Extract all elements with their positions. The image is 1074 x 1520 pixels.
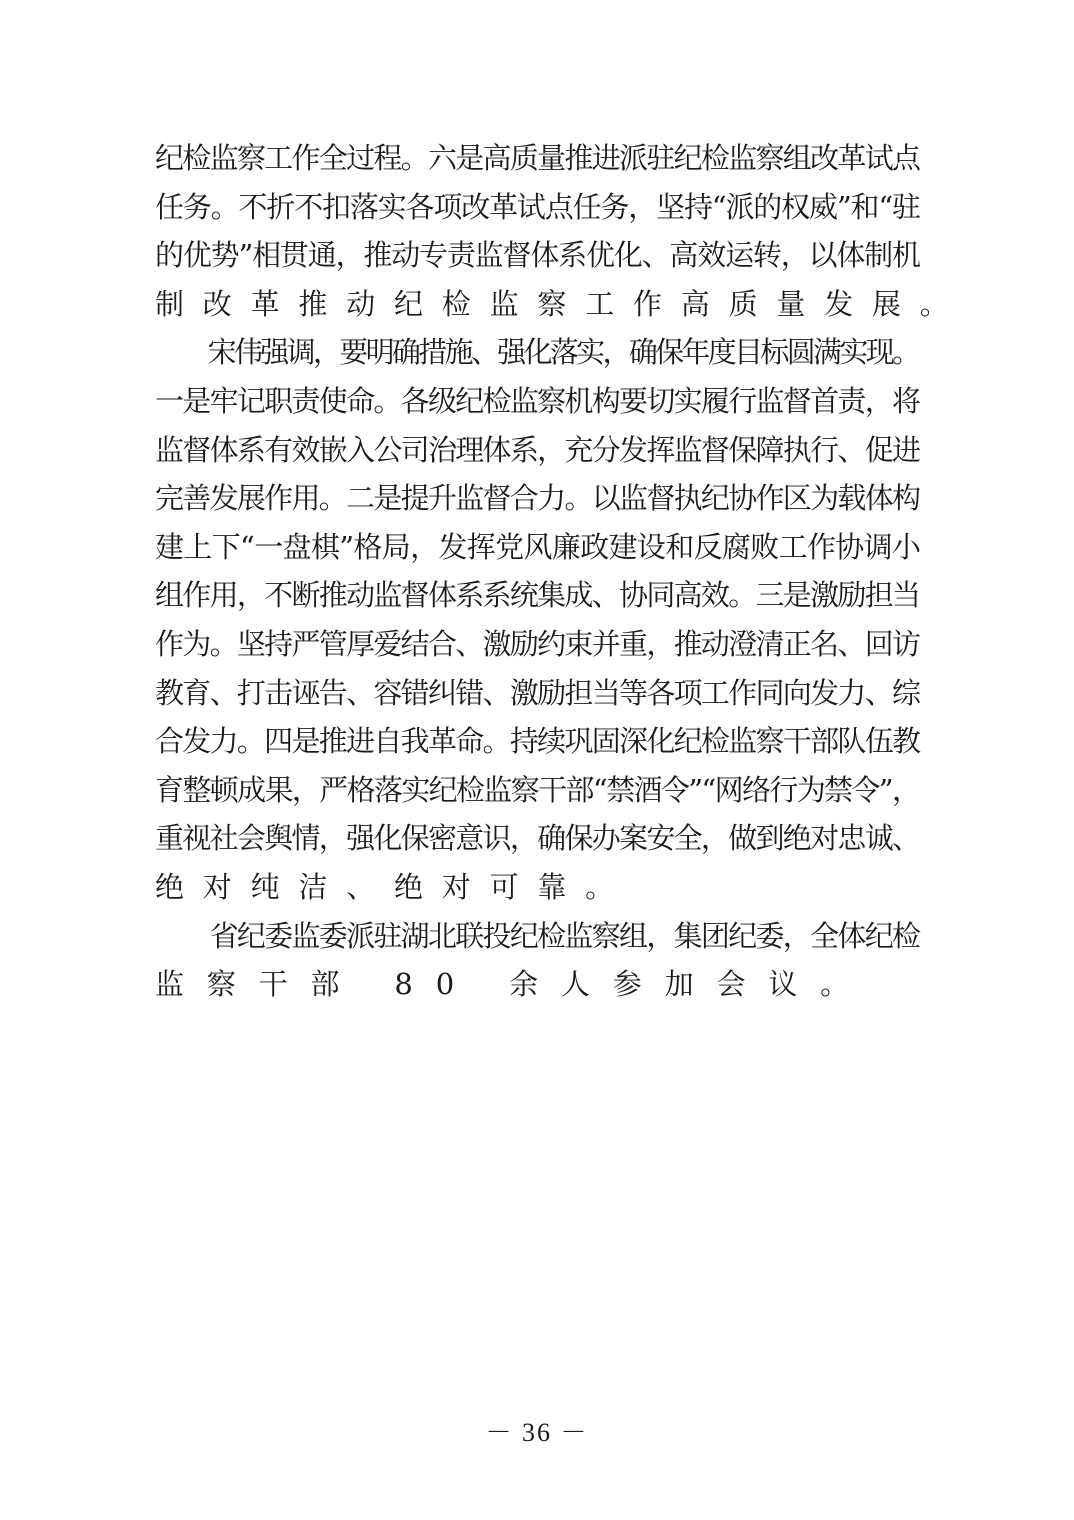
line-text: 一是牢记职责使命。各级纪检监察机构要切实履行监督首责，将	[155, 377, 919, 426]
text-line: 作为。坚持严管厚爱结合、激励约束并重，推动澄清正名、回访	[155, 620, 925, 669]
line-text: 完善发展作用。二是提升监督合力。以监督执纪协作区为载体构	[155, 474, 919, 523]
line-text: 作为。坚持严管厚爱结合、激励约束并重，推动澄清正名、回访	[155, 620, 919, 669]
text-line: 组作用，不断推动监督体系系统集成、协同高效。三是激励担当	[155, 571, 925, 620]
line-text: 任务。不折不扣落实各项改革试点任务，坚持“派的权威”和“驻	[155, 183, 920, 232]
page-number: － 36 －	[0, 1412, 1074, 1449]
line-text: 教育、打击诬告、容错纠错、激励担当等各项工作同向发力、综	[155, 669, 919, 718]
text-line: 纪检监察工作全过程。六是高质量推进派驻纪检监察组改革试点	[155, 134, 925, 183]
line-text: 纪检监察工作全过程。六是高质量推进派驻纪检监察组改革试点	[155, 134, 919, 183]
text-line: 教育、打击诬告、容错纠错、激励担当等各项工作同向发力、综	[155, 669, 925, 718]
line-text: 监督体系有效嵌入公司治理体系，充分发挥监督保障执行、促进	[155, 426, 919, 475]
text-line: 合发力。四是推进自我革命。持续巩固深化纪检监察干部队伍教	[155, 717, 925, 766]
text-line: 制改革推动纪检监察工作高质量发展。	[155, 280, 925, 329]
line-text: 制改革推动纪检监察工作高质量发展。	[155, 280, 968, 329]
line-text: 建上下“一盘棋”格局，发挥党风廉政建设和反腐败工作协调小	[155, 523, 920, 572]
line-text: 绝对纯洁、绝对可靠。	[155, 863, 633, 912]
line-text: 育整顿成果，严格落实纪检监察干部“禁酒令”“网络行为禁令”，	[155, 766, 919, 815]
text-line: 一是牢记职责使命。各级纪检监察机构要切实履行监督首责，将	[155, 377, 925, 426]
text-line: 建上下“一盘棋”格局，发挥党风廉政建设和反腐败工作协调小	[155, 523, 925, 572]
text-line: 育整顿成果，严格落实纪检监察干部“禁酒令”“网络行为禁令”，	[155, 766, 925, 815]
line-text: 省纪委监委派驻湖北联投纪检监察组，集团纪委，全体纪检	[155, 912, 919, 961]
line-text: 重视社会舆情，强化保密意识，确保办案安全，做到绝对忠诚、	[155, 814, 919, 863]
text-line: 宋伟强调，要明确措施、强化落实，确保年度目标圆满实现。	[155, 328, 925, 377]
text-line: 完善发展作用。二是提升监督合力。以监督执纪协作区为载体构	[155, 474, 925, 523]
text-line: 监督体系有效嵌入公司治理体系，充分发挥监督保障执行、促进	[155, 426, 925, 475]
line-text: 监察干部 80 余人参加会议。	[155, 960, 872, 1009]
line-text: 的优势”相贯通，推动专责监督体系优化、高效运转，以体制机	[155, 231, 920, 280]
text-line: 任务。不折不扣落实各项改革试点任务，坚持“派的权威”和“驻	[155, 183, 925, 232]
line-text: 宋伟强调，要明确措施、强化落实，确保年度目标圆满实现。	[155, 328, 918, 377]
text-line: 绝对纯洁、绝对可靠。	[155, 863, 925, 912]
line-text: 合发力。四是推进自我革命。持续巩固深化纪检监察干部队伍教	[155, 717, 919, 766]
text-line: 重视社会舆情，强化保密意识，确保办案安全，做到绝对忠诚、	[155, 814, 925, 863]
line-text: 组作用，不断推动监督体系系统集成、协同高效。三是激励担当	[155, 571, 919, 620]
text-line: 的优势”相贯通，推动专责监督体系优化、高效运转，以体制机	[155, 231, 925, 280]
text-line: 监察干部 80 余人参加会议。	[155, 960, 925, 1009]
document-body: 纪检监察工作全过程。六是高质量推进派驻纪检监察组改革试点 任务。不折不扣落实各项…	[155, 134, 925, 1009]
text-line: 省纪委监委派驻湖北联投纪检监察组，集团纪委，全体纪检	[155, 912, 925, 961]
